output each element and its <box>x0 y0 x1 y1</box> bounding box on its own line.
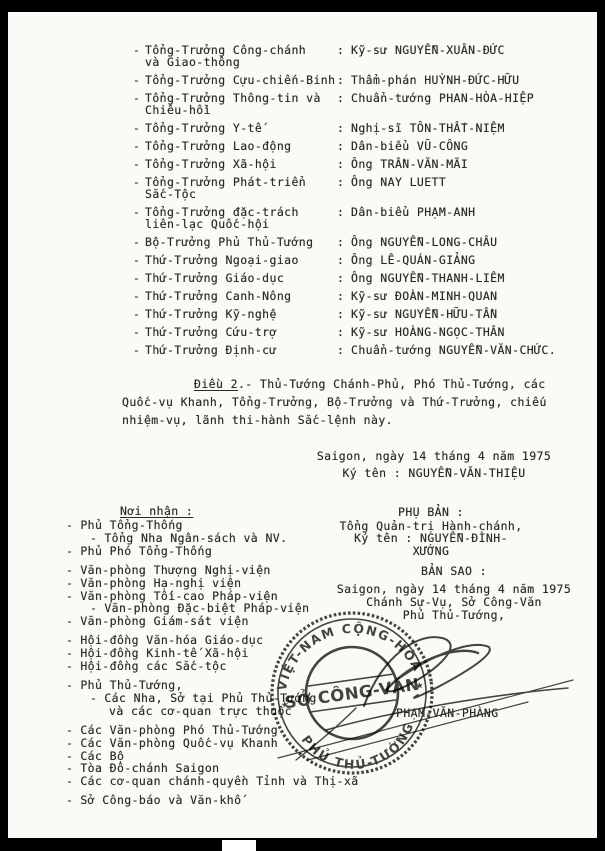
colon-separator: : <box>337 254 351 266</box>
bullet-dash: - <box>133 122 145 134</box>
recipient-text: Văn-phòng Thượng Nghị-viện <box>80 564 270 577</box>
minister-row: -Thứ-Trưởng Canh-Nông:Kỹ-sư ĐOÀN-MINH-QU… <box>133 290 583 302</box>
bullet-dash: - <box>133 44 145 56</box>
recipient-text: Các Văn-phòng Phó Thủ-Tướng <box>80 724 278 737</box>
minister-name: Chuẩn-tướng NGUYỄN-VĂN-CHỨC. <box>351 344 583 356</box>
minister-name: Kỹ-sư NGUYỄN-HỮU-TẦN <box>351 308 583 320</box>
frame-left <box>0 0 8 851</box>
minister-row: -Tổng-Trưởng Phát-triển Sắc-Tộc:Ông NAY … <box>133 176 583 200</box>
recipient-text: Phủ Phó Tổng-Thống <box>80 545 212 558</box>
bullet-dash: - <box>66 519 73 532</box>
bullet-dash: - <box>133 326 145 338</box>
bullet-dash: - <box>66 775 73 788</box>
minister-title: Tổng-Trưởng Phát-triển Sắc-Tộc <box>145 176 337 200</box>
bullet-dash: - <box>133 92 145 104</box>
colon-separator: : <box>337 308 351 320</box>
article-2: Điều 2.- Thủ-Tướng Chánh-Phủ, Phó Thủ-Tư… <box>122 375 574 429</box>
bullet-dash: - <box>66 564 73 577</box>
bullet-dash: - <box>133 290 145 302</box>
minister-title: Tổng-Trưởng Lao-động <box>145 140 337 152</box>
frame-top <box>0 0 605 12</box>
colon-separator: : <box>337 272 351 284</box>
minister-name: Nghị-sĩ TÔN-THẤT-NIỆM <box>351 122 583 134</box>
minister-row: -Thứ-Trưởng Kỹ-nghệ:Kỹ-sư NGUYỄN-HỮU-TẦN <box>133 308 583 320</box>
recipients-title: Nơi nhận : <box>120 504 193 518</box>
bullet-dash: - <box>66 737 73 750</box>
handwritten-signature <box>266 608 588 776</box>
recipient-text: Hội-đồng các Sắc-tộc <box>80 660 226 673</box>
minister-title: Thứ-Trưởng Định-cư <box>145 344 337 356</box>
minister-title: Tổng-Trưởng Cựu-chiến-Binh <box>145 74 337 86</box>
minister-row: -Tổng-Trưởng Thông-tin và Chiêu-hồi:Chuẩ… <box>133 92 583 116</box>
minister-name: Ông TRẦN-VĂN-MÃI <box>351 158 583 170</box>
recipient-text: Văn-phòng Giám-sát viện <box>80 615 248 628</box>
recipient-item: -Sở Công-báo và Văn-khố <box>66 794 416 807</box>
minister-row: -Bộ-Trưởng Phủ Thủ-Tướng:Ông NGUYỄN-LONG… <box>133 236 583 248</box>
minister-name: Chuẩn-tướng PHAN-HÒA-HIỆP <box>351 92 583 104</box>
bullet-dash: - <box>66 590 73 603</box>
minister-title: Tổng-Trưởng đặc-trách liên-lạc Quốc-hội <box>145 206 337 230</box>
minister-title: Bộ-Trưởng Phủ Thủ-Tướng <box>145 236 337 248</box>
ministers-list: -Tổng-Trưởng Công-chánh và Giao-thông:Kỹ… <box>133 44 583 362</box>
bullet-dash: - <box>66 545 73 558</box>
document-page: -Tổng-Trưởng Công-chánh và Giao-thông:Kỹ… <box>8 12 597 838</box>
minister-name: Kỹ-sư HOÀNG-NGỌC-THÂN <box>351 326 583 338</box>
recipient-text: Các Văn-phòng Quốc-vụ Khanh <box>80 737 278 750</box>
article-2-line1: Điều 2.- Thủ-Tướng Chánh-Phủ, Phó Thủ-Tư… <box>122 375 574 393</box>
colon-separator: : <box>337 92 351 104</box>
bullet-dash: - <box>66 615 73 628</box>
minister-title: Tổng-Trưởng Thông-tin và Chiêu-hồi <box>145 92 337 116</box>
colon-separator: : <box>337 344 351 356</box>
colon-separator: : <box>337 206 351 218</box>
minister-row: -Thứ-Trưởng Ngoại-giao:Ông LÊ-QUÁN-GIẢNG <box>133 254 583 266</box>
colon-separator: : <box>337 44 351 56</box>
bullet-dash: - <box>66 660 73 673</box>
annex-line2: Ký tên : NGUYỄN-ĐÌNH-XƯỚNG <box>336 532 526 557</box>
colon-separator: : <box>337 140 351 152</box>
minister-title: Thứ-Trưởng Giáo-dục <box>145 272 337 284</box>
colon-separator: : <box>337 236 351 248</box>
article-2-line3: nhiệm-vụ, lãnh thi-hành Sắc-lệnh này. <box>122 411 574 429</box>
recipient-text: Phủ Thủ-Tướng, <box>80 679 183 692</box>
bullet-dash: - <box>133 176 145 188</box>
signing-date: Saigon, ngày 14 tháng 4 năm 1975 <box>308 448 560 465</box>
bullet-dash: - <box>133 236 145 248</box>
colon-separator: : <box>337 326 351 338</box>
minister-name: Ông LÊ-QUÁN-GIẢNG <box>351 254 583 266</box>
colon-separator: : <box>337 74 351 86</box>
colon-separator: : <box>337 158 351 170</box>
colon-separator: : <box>337 290 351 302</box>
minister-row: -Thứ-Trưởng Định-cư:Chuẩn-tướng NGUYỄN-V… <box>133 344 583 356</box>
minister-name: Dân-biểu VŨ-CÔNG <box>351 140 583 152</box>
frame-right <box>597 0 605 851</box>
minister-name: Kỹ-sư NGUYỄN-XUÂN-ĐỨC <box>351 44 583 56</box>
minister-title: Thứ-Trưởng Ngoại-giao <box>145 254 337 266</box>
minister-row: -Tổng-Trưởng Xã-hội:Ông TRẦN-VĂN-MÃI <box>133 158 583 170</box>
bullet-dash: - <box>133 74 145 86</box>
minister-name: Kỹ-sư ĐOÀN-MINH-QUAN <box>351 290 583 302</box>
bullet-dash: - <box>90 532 97 545</box>
minister-row: -Thứ-Trưởng Cứu-trợ:Kỹ-sư HOÀNG-NGỌC-THÂ… <box>133 326 583 338</box>
recipient-text: Phủ Tổng-Thống <box>80 519 183 532</box>
bullet-dash: - <box>133 140 145 152</box>
minister-title: Thứ-Trưởng Canh-Nông <box>145 290 337 302</box>
article-2-heading: Điều 2 <box>194 377 238 391</box>
signing-name: Ký tên : NGUYỄN-VĂN-THIỆU <box>308 465 560 482</box>
minister-row: -Tổng-Trưởng Công-chánh và Giao-thông:Kỹ… <box>133 44 583 68</box>
minister-name: Ông NGUYỄN-LONG-CHÂU <box>351 236 583 248</box>
minister-name: Dân-biểu PHẠM-ANH <box>351 206 583 218</box>
annex-title: PHỤ BẢN : <box>336 506 526 519</box>
minister-row: -Thứ-Trưởng Giáo-dục:Ông NGUYỄN-THANH-LI… <box>133 272 583 284</box>
bullet-dash: - <box>90 692 97 705</box>
recipient-text: Tổng Nha Ngân-sách và NV. <box>104 532 287 545</box>
minister-title: Thứ-Trưởng Cứu-trợ <box>145 326 337 338</box>
signing-block: Saigon, ngày 14 tháng 4 năm 1975 Ký tên … <box>308 448 560 482</box>
minister-name: Ông NGUYỄN-THANH-LIÊM <box>351 272 583 284</box>
minister-row: -Tổng-Trưởng Y-tế:Nghị-sĩ TÔN-THẤT-NIỆM <box>133 122 583 134</box>
bullet-dash: - <box>133 272 145 284</box>
minister-name: Thẩm-phán HUỲNH-ĐỨC-HỮU <box>351 74 583 86</box>
minister-title: Tổng-Trưởng Công-chánh và Giao-thông <box>145 44 337 68</box>
colon-separator: : <box>337 176 351 188</box>
bullet-dash: - <box>133 206 145 218</box>
minister-row: -Tổng-Trưởng đặc-trách liên-lạc Quốc-hội… <box>133 206 583 230</box>
bullet-dash: - <box>133 158 145 170</box>
bullet-dash: - <box>66 724 73 737</box>
recipient-text: Văn-phòng Hạ-nghị viện <box>80 577 241 590</box>
article-2-line1-rest: .- Thủ-Tướng Chánh-Phủ, Phó Thủ-Tướng, c… <box>238 377 546 391</box>
bullet-dash: - <box>66 794 73 807</box>
bullet-dash: - <box>133 308 145 320</box>
recipient-text: Sở Công-báo và Văn-khố <box>80 794 241 807</box>
minister-row: -Tổng-Trưởng Cựu-chiến-Binh:Thẩm-phán HU… <box>133 74 583 86</box>
copy-title: BẢN SAO : <box>325 565 583 578</box>
bullet-dash: - <box>133 344 145 356</box>
minister-title: Tổng-Trưởng Y-tế <box>145 122 337 134</box>
article-2-line2: Quốc-vụ Khanh, Tổng-Trưởng, Bộ-Trưởng và… <box>122 393 574 411</box>
minister-title: Thứ-Trưởng Kỹ-nghệ <box>145 308 337 320</box>
annex-block: PHỤ BẢN : Tổng Quản-trị Hành-chánh, Ký t… <box>336 506 526 557</box>
bullet-dash: - <box>133 254 145 266</box>
frame-bottom <box>0 838 605 851</box>
bullet-dash: - <box>66 577 73 590</box>
copy-signer-name: PHẠM-VĂN-PHÀNG <box>396 706 499 720</box>
scan-notch <box>222 840 256 851</box>
colon-separator: : <box>337 122 351 134</box>
minister-title: Tổng-Trưởng Xã-hội <box>145 158 337 170</box>
minister-row: -Tổng-Trưởng Lao-động:Dân-biểu VŨ-CÔNG <box>133 140 583 152</box>
bullet-dash: - <box>66 679 73 692</box>
scanned-document: -Tổng-Trưởng Công-chánh và Giao-thông:Kỹ… <box>0 0 605 851</box>
minister-name: Ông NAY LUETT <box>351 176 583 188</box>
